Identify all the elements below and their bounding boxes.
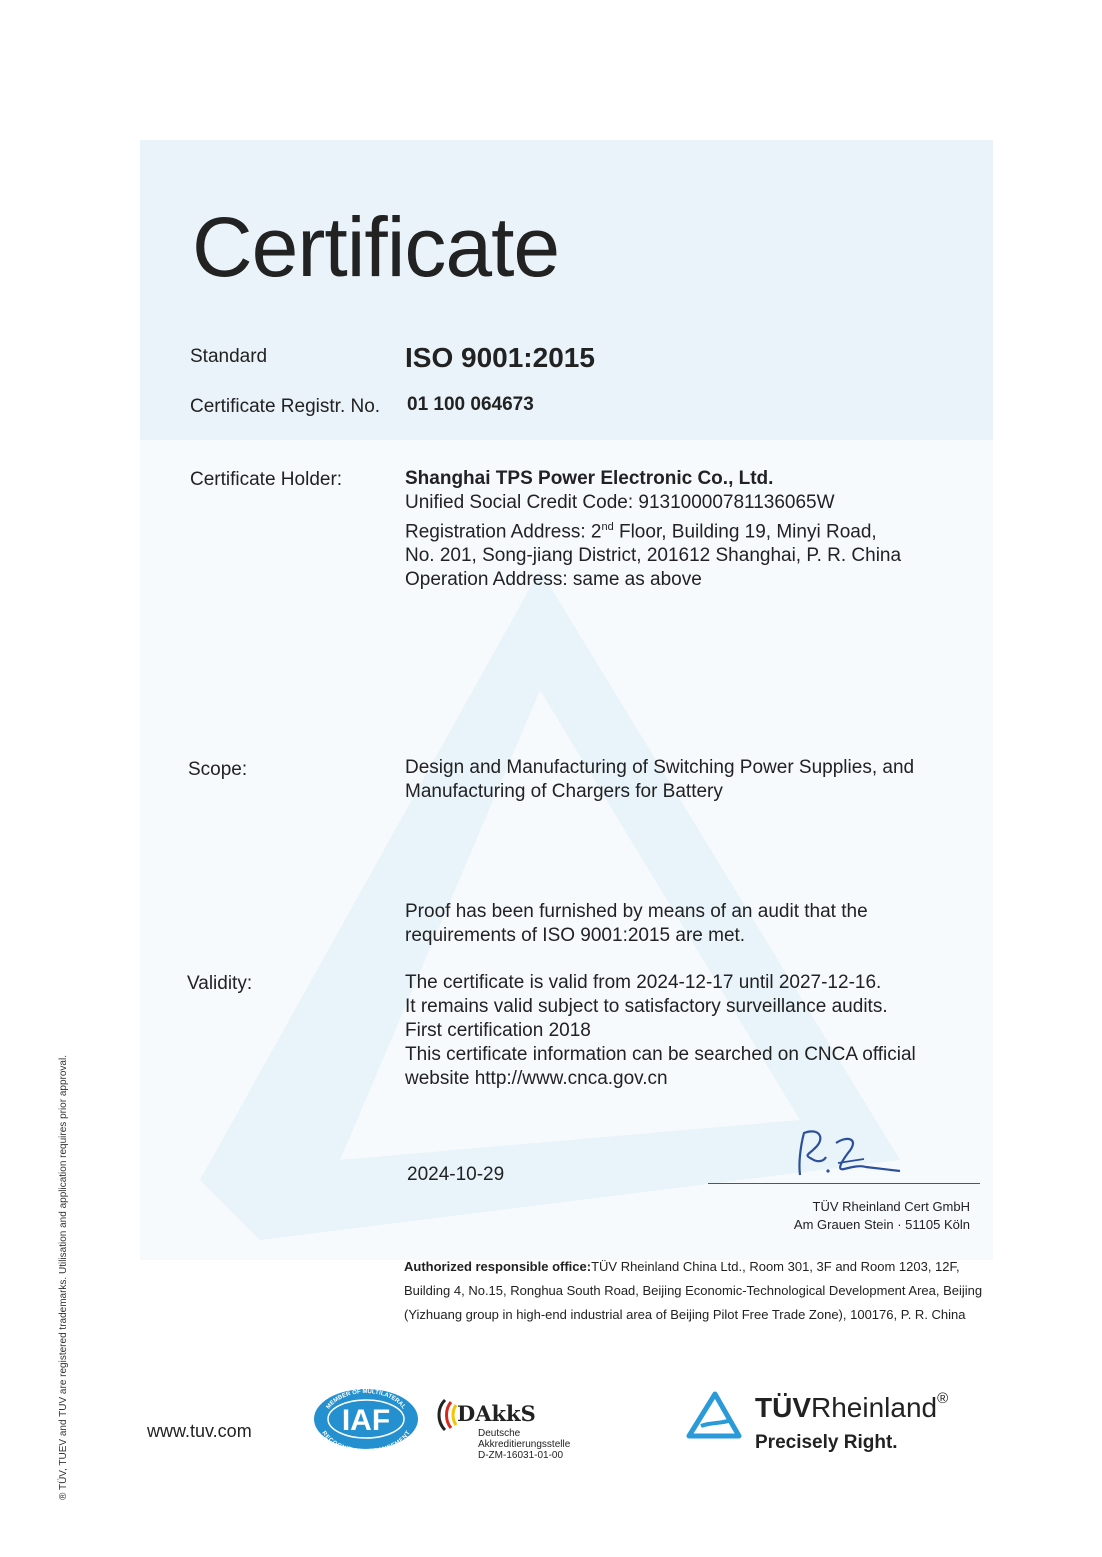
- registration-number: 01 100 064673: [407, 394, 534, 416]
- validity-text: The certificate is valid from 2024-12-17…: [405, 971, 916, 1091]
- issuer-name: TÜV Rheinland Cert GmbH: [794, 1198, 970, 1216]
- issuer-address: Am Grauen Stein · 51105 Köln: [794, 1216, 970, 1234]
- tuv-brand-name: TÜVRheinland®: [755, 1392, 948, 1424]
- authorized-office-label: Authorized responsible office:: [404, 1259, 591, 1274]
- signature-line: [708, 1183, 980, 1184]
- iaf-logo-icon: IAF MEMBER OF MULTILATERAL RECOGNITION A…: [312, 1387, 420, 1451]
- scope-text: Design and Manufacturing of Switching Po…: [405, 756, 914, 804]
- standard-label: Standard: [190, 346, 267, 368]
- tuv-triangle-icon: [685, 1390, 743, 1442]
- validity-label: Validity:: [187, 973, 252, 995]
- authorized-office: Authorized responsible office:TÜV Rheinl…: [404, 1255, 994, 1327]
- standard-value: ISO 9001:2015: [405, 342, 595, 374]
- holder-details: Shanghai TPS Power Electronic Co., Ltd. …: [405, 467, 901, 592]
- issuer-block: TÜV Rheinland Cert GmbH Am Grauen Stein …: [794, 1198, 970, 1234]
- website-link[interactable]: www.tuv.com: [147, 1421, 252, 1442]
- signature-icon: [790, 1125, 910, 1183]
- registration-label: Certificate Registr. No.: [190, 396, 380, 418]
- holder-operation-address: Operation Address: same as above: [405, 568, 901, 592]
- tuv-rheinland-logo: TÜVRheinland® Precisely Right.: [685, 1388, 985, 1468]
- holder-credit-code: Unified Social Credit Code: 913100007811…: [405, 491, 901, 515]
- svg-text:IAF: IAF: [342, 1404, 390, 1437]
- holder-registration-address-line2: No. 201, Song-jiang District, 201612 Sha…: [405, 544, 901, 568]
- holder-registration-address: Registration Address: 2nd Floor, Buildin…: [405, 515, 901, 544]
- dakks-subtitle: Deutsche Akkreditierungsstelle D-ZM-1603…: [478, 1428, 570, 1461]
- issue-date: 2024-10-29: [407, 1164, 504, 1186]
- certificate-title: Certificate: [192, 205, 559, 289]
- holder-company: Shanghai TPS Power Electronic Co., Ltd.: [405, 467, 901, 491]
- dakks-logo: DAkkS Deutsche Akkreditierungsstelle D-Z…: [435, 1398, 615, 1468]
- scope-label: Scope:: [188, 759, 247, 781]
- dakks-arcs-icon: [435, 1398, 457, 1432]
- proof-text: Proof has been furnished by means of an …: [405, 900, 868, 948]
- tuv-slogan: Precisely Right.: [755, 1432, 898, 1454]
- holder-label: Certificate Holder:: [190, 469, 342, 491]
- trademark-note: ® TÜV, TUEV and TUV are registered trade…: [58, 1055, 69, 1500]
- dakks-name: DAkkS: [457, 1401, 536, 1426]
